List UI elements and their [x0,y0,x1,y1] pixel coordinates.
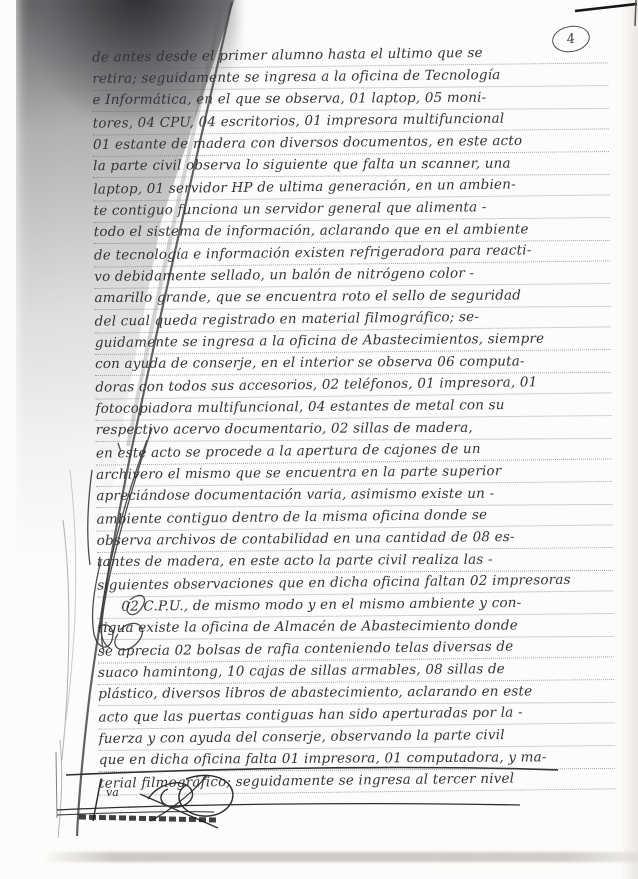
left-edge-tick [56,752,57,818]
scanned-document-page: va 4 de antes desde el primer alumno has… [0,0,638,879]
handwritten-body: de antes desde el primer alumno hasta el… [92,42,615,795]
illegible-stamp-line [79,817,216,820]
bottom-rule-1 [57,804,520,810]
